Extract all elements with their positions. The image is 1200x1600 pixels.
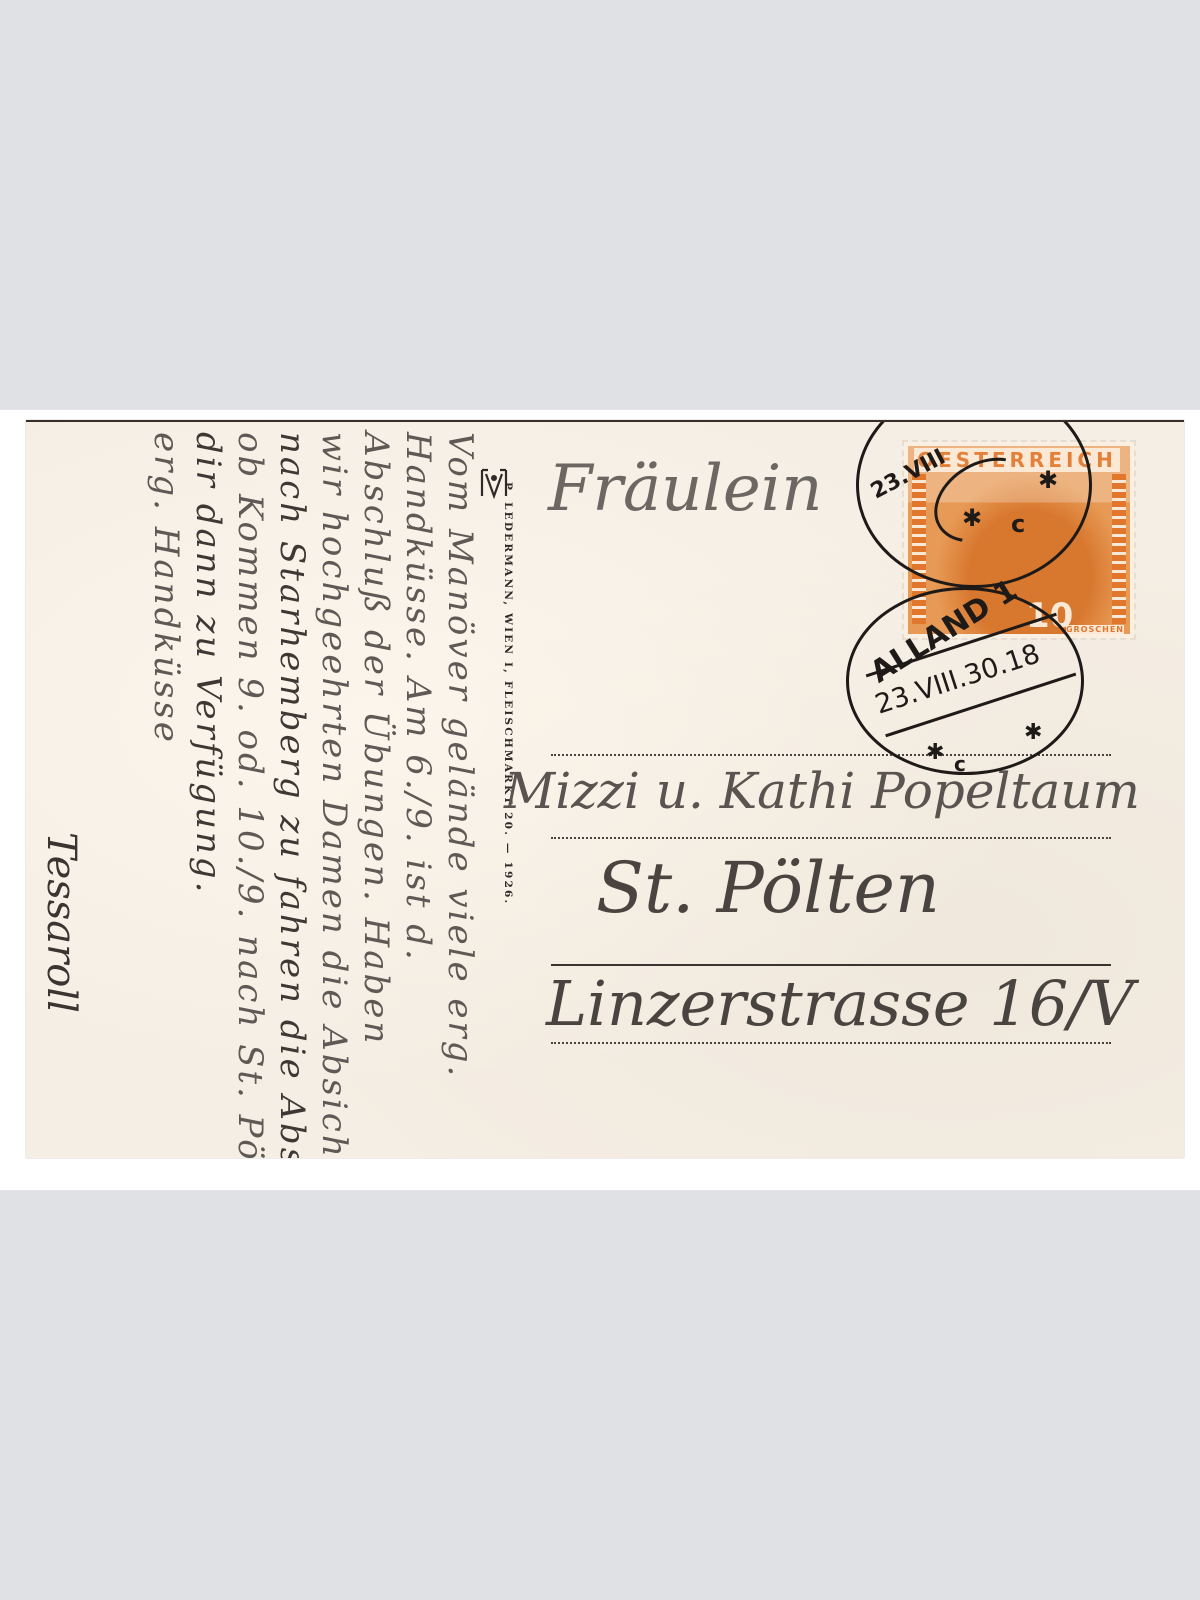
postcard: Vom Manöver gelände viele erg. Handküsse…: [26, 420, 1184, 1158]
postmark-upper-marker: c: [1011, 510, 1025, 538]
star-icon: ✱: [1038, 466, 1058, 494]
publisher-imprint: P. LEDERMANN, WIEN I, FLEISCHMARKT 20. —…: [502, 482, 514, 905]
recipient-city: St. Pölten: [596, 847, 940, 929]
stamp-currency: GROSCHEN: [1066, 625, 1124, 634]
message-line: erg. Handküsse: [145, 432, 187, 1132]
message-line: nach Starhemberg zu fahren die Absicht: [271, 432, 313, 1132]
address-line-3: [551, 964, 1111, 966]
salutation: Fräulein: [548, 452, 822, 526]
recipient-name: Mizzi u. Kathi Popeltaum: [504, 762, 1140, 820]
message-line: Vom Manöver gelände viele erg.: [439, 432, 481, 1132]
postmark-marker: c: [954, 752, 966, 776]
star-icon: ✱: [962, 504, 982, 532]
star-icon: ✱: [926, 740, 944, 765]
address-line-4: [551, 1042, 1111, 1044]
signature: Tessaroll: [38, 832, 84, 1013]
message-line: Abschluß der Übungen. Haben: [355, 432, 397, 1132]
recipient-street: Linzerstrasse 16/V: [546, 967, 1134, 1040]
stamp-border: [1112, 474, 1126, 624]
message-line: ob Kommen 9. od. 10./9. nach St. Pölten: [229, 432, 271, 1132]
address-line-2: [551, 837, 1111, 839]
star-icon: ✱: [1024, 720, 1042, 745]
message-line: wir hochgeehrten Damen die Absicht: [313, 432, 355, 1132]
message-line: Handküsse. Am 6./9. ist d.: [397, 432, 439, 1132]
message-line: dir dann zu Verfügung.: [187, 432, 229, 1132]
handwritten-message: Vom Manöver gelände viele erg. Handküsse…: [31, 432, 481, 1132]
